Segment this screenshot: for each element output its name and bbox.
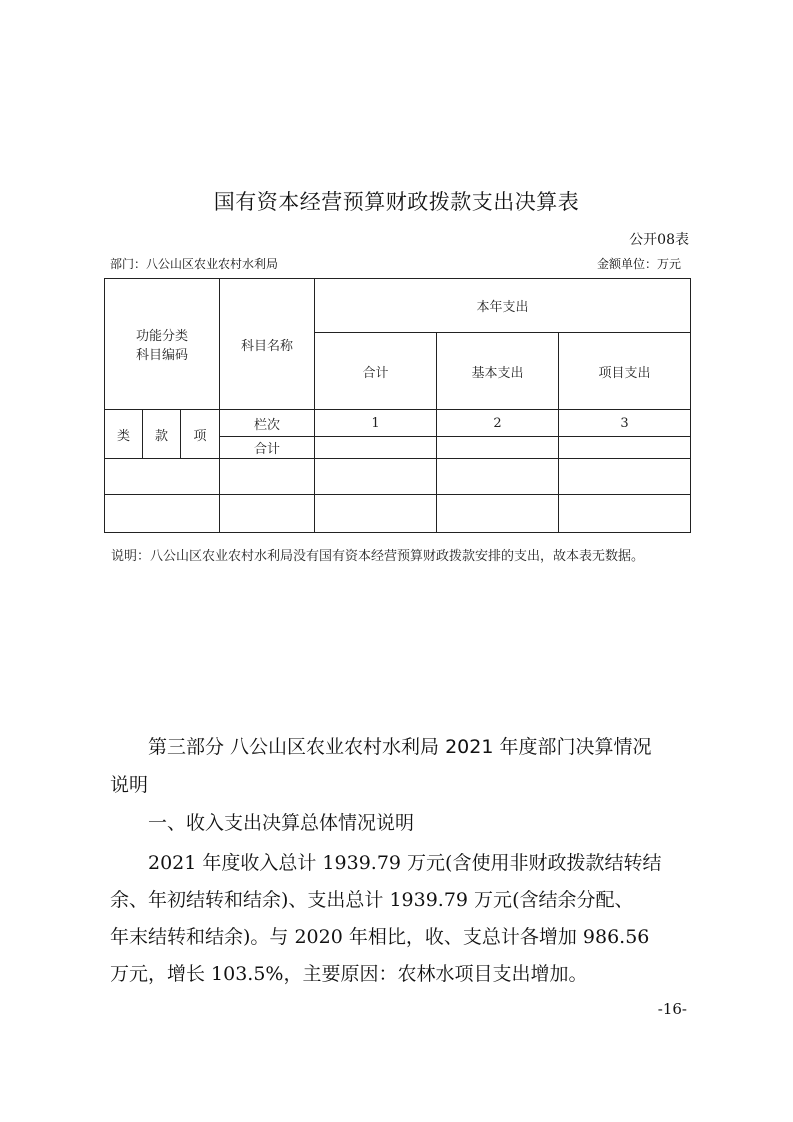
row-name — [220, 495, 315, 533]
paragraph-line: 余、年初结转和结余)、支出总计 1939.79 万元(含结余分配、 — [110, 882, 695, 919]
row-code — [105, 459, 220, 495]
header-project-expenditure: 项目支出 — [559, 333, 691, 410]
summary-paragraph: 2021 年度收入总计 1939.79 万元(含使用非财政拨款结转结 余、年初结… — [110, 845, 695, 993]
row-value-1 — [315, 495, 437, 533]
row-value-3 — [559, 459, 691, 495]
header-code-group-line1: 功能分类 — [105, 325, 219, 344]
section-heading-line1: 第三部分 八公山区农业农村水利局 2021 年度部门决算情况 — [110, 730, 690, 764]
index-row-label: 栏次 — [220, 410, 315, 437]
row-value-3 — [559, 495, 691, 533]
subheading: 一、收入支出决算总体情况说明 — [110, 806, 690, 840]
row-value-2 — [437, 495, 559, 533]
header-code-group-line2: 科目编码 — [105, 344, 219, 363]
amount-unit-label: 金额单位：万元 — [597, 255, 681, 272]
table-row — [105, 459, 691, 495]
index-col-3: 3 — [559, 410, 691, 437]
header-basic-expenditure: 基本支出 — [437, 333, 559, 410]
row-code — [105, 495, 220, 533]
header-item: 项 — [181, 410, 220, 459]
form-number: 公开08表 — [629, 229, 689, 249]
header-subject-name: 科目名称 — [220, 279, 315, 410]
total-row-value-3 — [559, 437, 691, 459]
header-code-group: 功能分类 科目编码 — [105, 279, 220, 410]
row-name — [220, 459, 315, 495]
section-heading-line2: 说明 — [110, 768, 690, 802]
header-section: 款 — [143, 410, 181, 459]
table-row — [105, 495, 691, 533]
row-value-2 — [437, 459, 559, 495]
page-number: -16- — [658, 1000, 687, 1018]
paragraph-line: 万元，增长 103.5%，主要原因：农林水项目支出增加。 — [110, 956, 695, 993]
paragraph-line: 2021 年度收入总计 1939.79 万元(含使用非财政拨款结转结 — [110, 845, 695, 882]
table-note: 说明：八公山区农业农村水利局没有国有资本经营预算财政拨款安排的支出，故本表无数据… — [111, 545, 644, 564]
section-heading: 第三部分 八公山区农业农村水利局 2021 年度部门决算情况 说明 — [110, 730, 690, 802]
department-label: 部门：八公山区农业农村水利局 — [110, 255, 278, 272]
header-current-year: 本年支出 — [315, 279, 691, 333]
header-total: 合计 — [315, 333, 437, 410]
row-value-1 — [315, 459, 437, 495]
header-category: 类 — [105, 410, 143, 459]
total-row-value-2 — [437, 437, 559, 459]
table-title: 国有资本经营预算财政拨款支出决算表 — [0, 186, 793, 216]
total-row-value-1 — [315, 437, 437, 459]
index-col-2: 2 — [437, 410, 559, 437]
index-col-1: 1 — [315, 410, 437, 437]
budget-expenditure-table: 功能分类 科目编码 科目名称 本年支出 合计 基本支出 项目支出 类 款 项 栏… — [104, 278, 691, 533]
total-row-label: 合计 — [220, 437, 315, 459]
paragraph-line: 年末结转和结余)。与 2020 年相比，收、支总计各增加 986.56 — [110, 919, 695, 956]
